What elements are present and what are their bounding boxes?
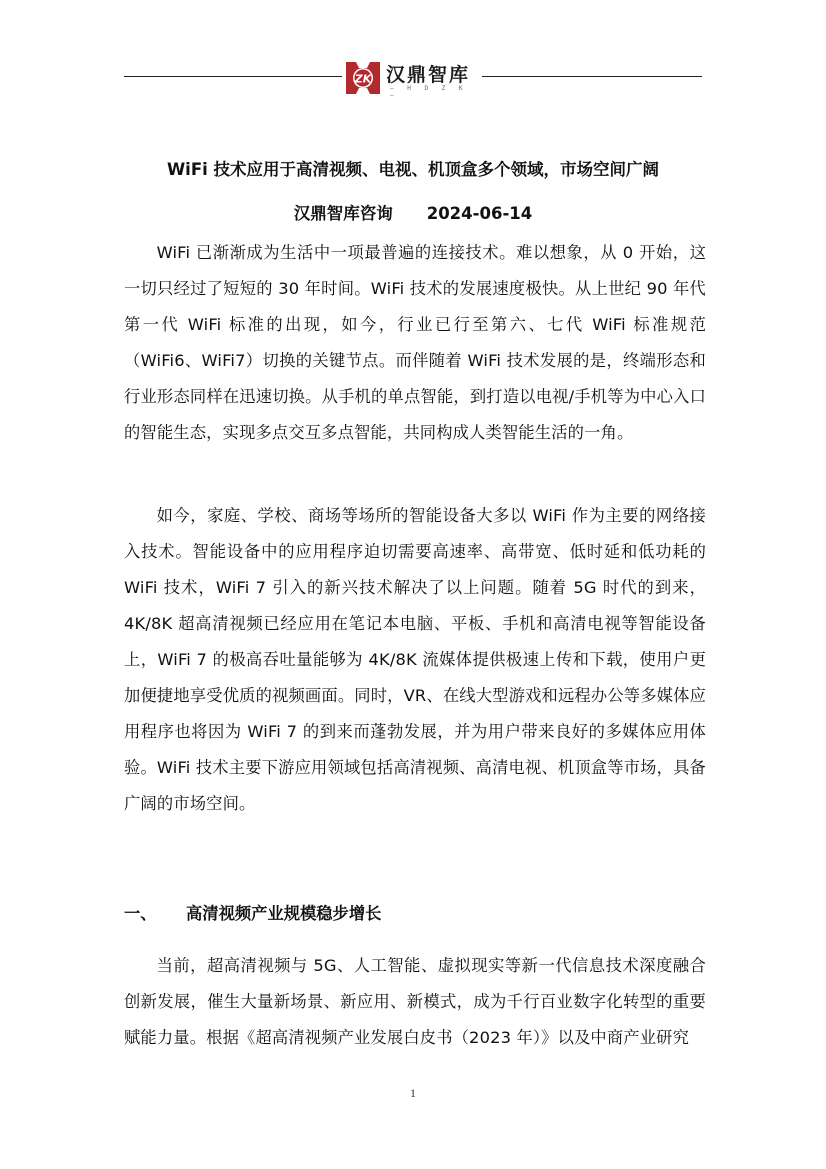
paragraph-text: 当前，超高清视频与 5G、人工智能、虚拟现实等新一代信息技术深度融合创新发展，催… (124, 948, 706, 1056)
logo-subtext: — H D Z K — (390, 85, 482, 99)
section-title: 高清视频产业规模稳步增长 (186, 904, 381, 923)
paragraph-text: WiFi 已渐渐成为生活中一项最普遍的连接技术。难以想象，从 0 开始，这一切只… (124, 235, 706, 451)
logo-text: 汉鼎智库 (386, 60, 470, 87)
author: 汉鼎智库咨询 (294, 204, 393, 223)
paragraph: WiFi 已渐渐成为生活中一项最普遍的连接技术。难以想象，从 0 开始，这一切只… (124, 235, 706, 451)
document-title: WiFi 技术应用于高清视频、电视、机顶盒多个领域，市场空间广阔 (0, 156, 826, 180)
paragraph-text: 如今，家庭、学校、商场等场所的智能设备大多以 WiFi 作为主要的网络接入技术。… (124, 498, 706, 822)
header-rule-left (124, 76, 342, 77)
section-heading: 一、高清视频产业规模稳步增长 (124, 900, 381, 924)
svg-text:ZK: ZK (354, 73, 373, 86)
publish-date: 2024-06-14 (427, 204, 533, 223)
page-number: 1 (0, 1086, 826, 1101)
section-number: 一、 (124, 900, 186, 924)
paragraph: 当前，超高清视频与 5G、人工智能、虚拟现实等新一代信息技术深度融合创新发展，催… (124, 948, 706, 1056)
page-header: ZK 汉鼎智库 — H D Z K — (124, 58, 702, 100)
paragraph: 如今，家庭、学校、商场等场所的智能设备大多以 WiFi 作为主要的网络接入技术。… (124, 498, 706, 822)
header-rule-right (482, 76, 702, 77)
document-byline: 汉鼎智库咨询2024-06-14 (0, 200, 826, 224)
logo-mark-icon: ZK (346, 62, 380, 94)
brand-logo: ZK 汉鼎智库 — H D Z K — (346, 60, 482, 98)
